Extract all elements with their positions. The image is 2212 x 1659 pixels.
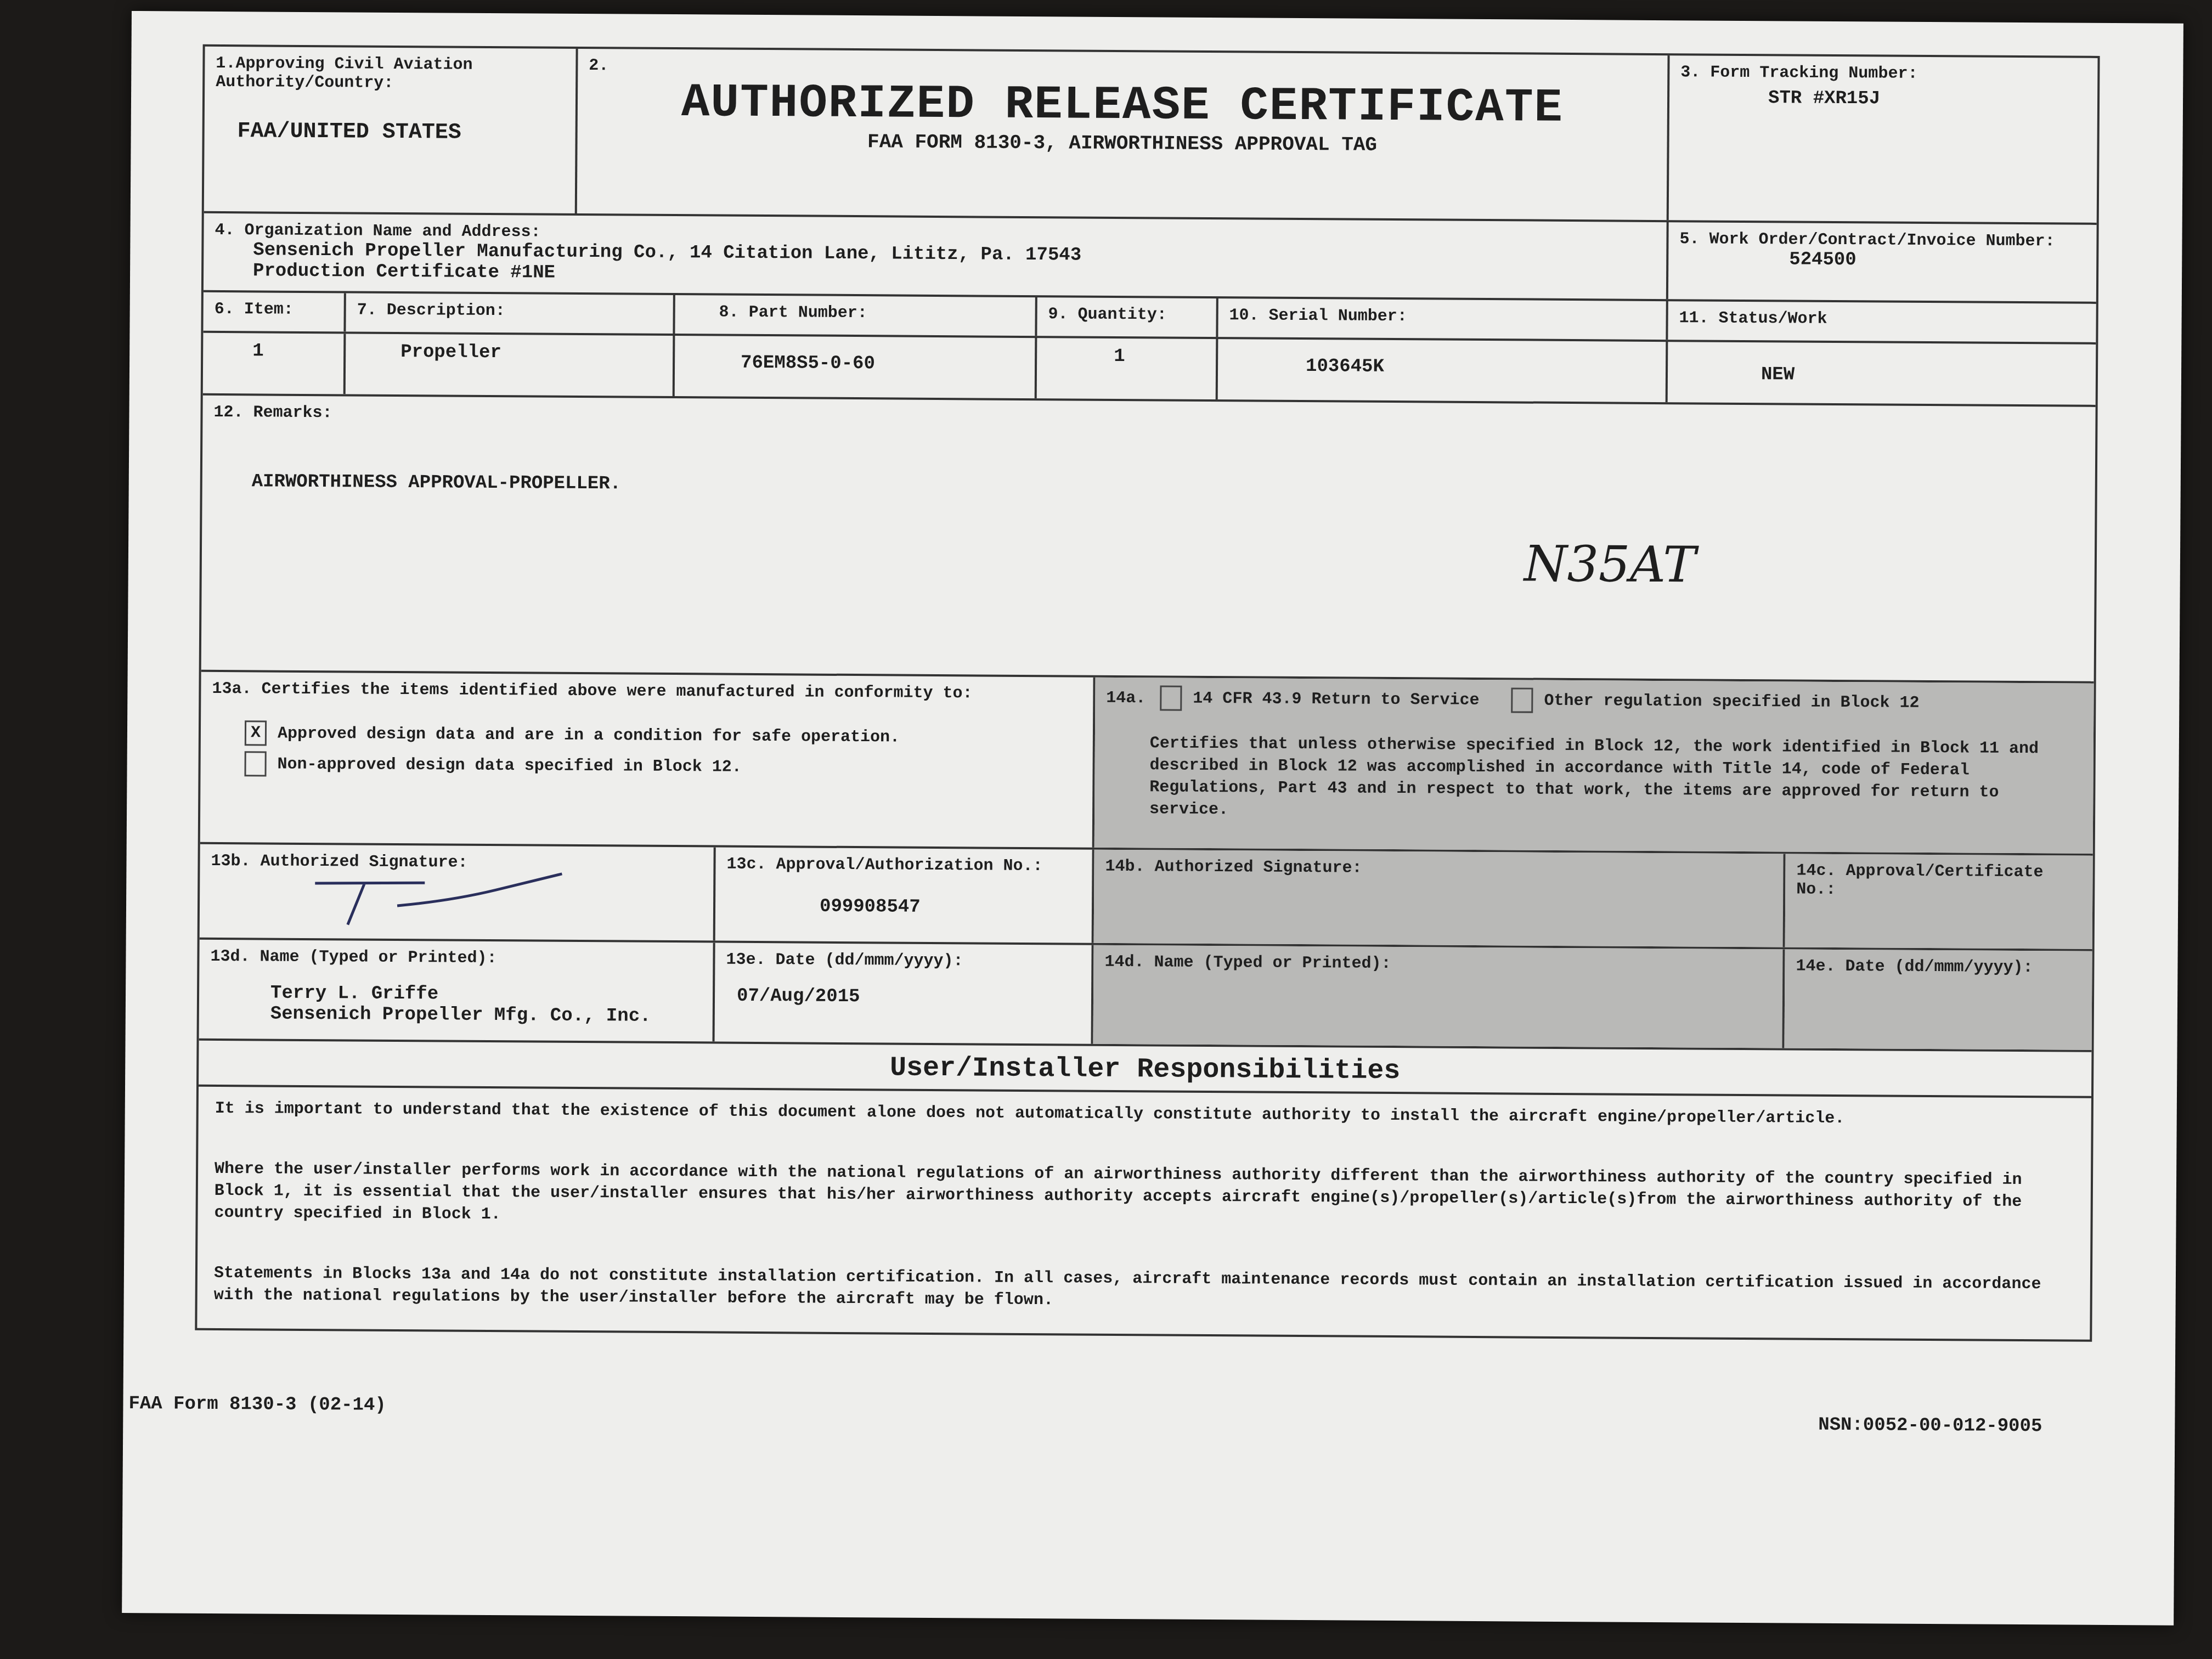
header-serial-number: 10. Serial Number: [1218,298,1668,340]
approval-date: 07/Aug/2015 [726,986,1080,1009]
block-14d-label: 14d. Name (Typed or Printed): [1104,953,1771,975]
description-value: Propeller [346,334,675,396]
block-13c: 13c. Approval/Authorization No.: 0999085… [715,848,1094,943]
responsibility-paragraph-2: Where the user/installer performs work i… [214,1158,2074,1235]
responsibility-paragraph-3: Statements in Blocks 13a and 14a do not … [214,1262,2074,1318]
block-14c-label: 14c. Approval/Certificate No.: [1796,862,2081,901]
form-version: FAA Form 8130-3 (02-14) [128,1393,386,1416]
form-grid: 1.Approving Civil Aviation Authority/Cou… [195,44,2100,1342]
block-14e: 14e. Date (dd/mmm/yyyy): [1785,949,2092,1049]
header-part-number: 8. Part Number: [675,295,1037,336]
approved-design-text: Approved design data and are in a condit… [278,725,900,747]
other-regulation-text: Other regulation specified in Block 12 [1544,692,1919,713]
header-quantity: 9. Quantity: [1037,297,1218,337]
block-13d-label: 13d. Name (Typed or Printed): [210,947,702,969]
block-13e-label: 13e. Date (dd/mmm/yyyy): [726,951,1080,972]
responsibilities-body: It is important to understand that the e… [197,1087,2091,1340]
block-2: 2. AUTHORIZED RELEASE CERTIFICATE FAA FO… [577,49,1670,220]
part-number-value: 76EM8S5-0-60 [675,336,1037,398]
block-13c-label: 13c. Approval/Authorization No.: [726,855,1081,876]
other-regulation-checkbox[interactable] [1511,687,1533,713]
block-14b-label: 14b. Authorized Signature: [1105,857,1772,880]
work-order-number: 524500 [1679,249,2085,272]
responsibility-paragraph-1: It is important to understand that the e… [215,1098,2075,1131]
tracking-number: STR #XR15J [1680,87,2086,111]
authorization-number: 099908547 [726,896,1081,919]
certificate-paper: 1.Approving Civil Aviation Authority/Cou… [122,11,2183,1626]
form-title: AUTHORIZED RELEASE CERTIFICATE [589,75,1657,136]
nsn-number: NSN:0052-00-012-9005 [1818,1415,2042,1437]
signature-mark [298,867,628,929]
block-13a-label: 13a. Certifies the items identified abov… [212,680,1082,704]
block-3-label: 3. Form Tracking Number: [1680,63,2086,84]
return-to-service-checkbox[interactable] [1160,685,1182,710]
status-value: NEW [1668,342,2096,405]
remarks-value: AIRWORTHINESS APPROVAL-PROPELLER. [213,471,2084,504]
block-1-label: 1.Approving Civil Aviation Authority/Cou… [216,54,565,94]
block-5-label: 5. Work Order/Contract/Invoice Number: [1679,230,2085,251]
return-to-service-text: 14 CFR 43.9 Return to Service [1193,690,1479,710]
block-5: 5. Work Order/Contract/Invoice Number: 5… [1668,222,2097,302]
non-approved-design-checkbox[interactable] [244,751,266,776]
header-status-work: 11. Status/Work [1668,301,2096,342]
block-14a: 14a. 14 CFR 43.9 Return to Service Other… [1094,678,2094,854]
signer-company: Sensenich Propeller Mfg. Co., Inc. [210,1003,702,1027]
quantity-value: 1 [1037,338,1218,399]
table-row: 1 Propeller 76EM8S5-0-60 1 103645K NEW [203,333,2096,407]
block-4: 4. Organization Name and Address: Sensen… [204,213,1669,299]
block-1: 1.Approving Civil Aviation Authority/Cou… [204,47,578,213]
block-14b: 14b. Authorized Signature: [1094,850,1786,947]
signer-name: Terry L. Griffe [210,983,702,1006]
non-approved-design-text: Non-approved design data specified in Bl… [278,755,742,777]
block-14d: 14d. Name (Typed or Printed): [1093,945,1785,1048]
block-13e: 13e. Date (dd/mmm/yyyy): 07/Aug/2015 [715,943,1094,1044]
block-13b: 13b. Authorized Signature: [200,844,716,941]
header-item: 6. Item: [203,292,346,332]
block-14c: 14c. Approval/Certificate No.: [1785,854,2093,949]
authority-country: FAA/UNITED STATES [216,119,565,146]
serial-number-value: 103645K [1218,339,1668,402]
block-14a-label: 14a. [1106,689,1145,708]
block-13a: 13a. Certifies the items identified abov… [200,672,1096,848]
block-14a-statement: Certifies that unless otherwise specifie… [1105,732,2083,826]
handwritten-tail-number: N35AT [1524,535,1696,594]
block-3: 3. Form Tracking Number: STR #XR15J [1669,55,2098,223]
block-12-label: 12. Remarks: [213,403,2084,433]
header-description: 7. Description: [346,293,675,334]
block-13d: 13d. Name (Typed or Printed): Terry L. G… [199,940,715,1042]
block-14e-label: 14e. Date (dd/mmm/yyyy): [1796,957,2081,978]
block-12: 12. Remarks: AIRWORTHINESS APPROVAL-PROP… [201,396,2096,681]
item-value: 1 [203,333,346,394]
approved-design-checkbox[interactable]: X [245,720,267,746]
